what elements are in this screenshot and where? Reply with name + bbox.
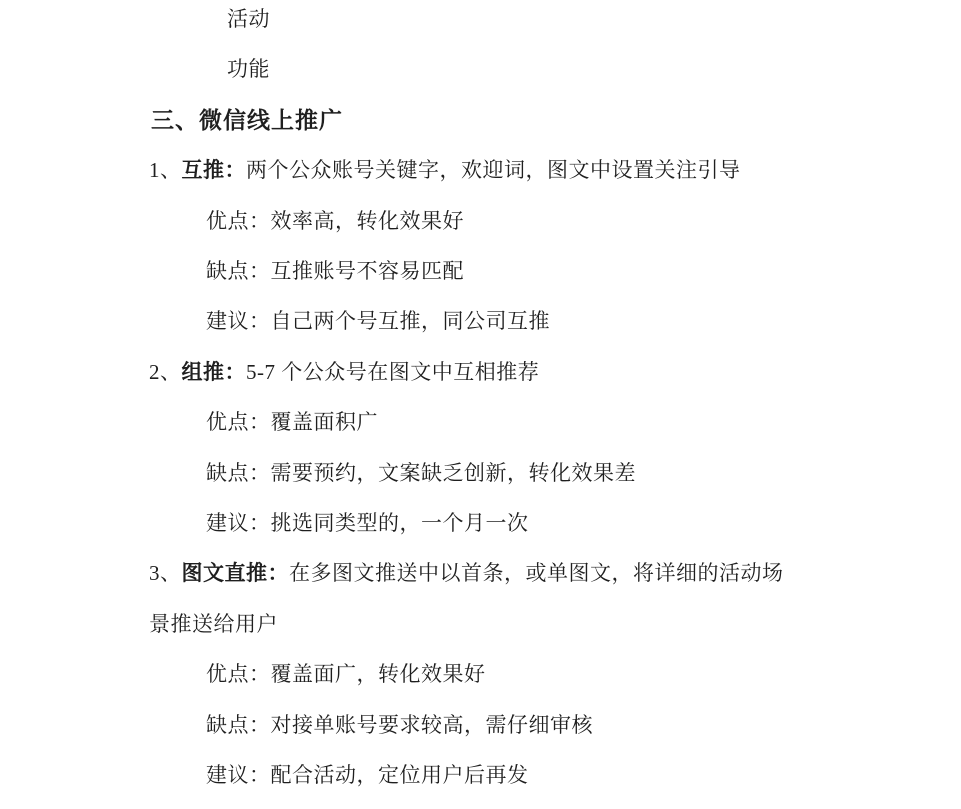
sub-point-line: 缺点：需要预约，文案缺乏创新，转化效果差 [206,448,636,499]
item-number: 1、 [149,158,182,182]
line-text: 景推送给用户 [149,612,278,636]
list-item-line: 1、互推：两个公众账号关键字，欢迎词，图文中设置关注引导 [149,145,741,196]
line-text: 缺点：互推账号不容易匹配 [206,259,464,283]
line-text: 建议：配合活动，定位用户后再发 [206,763,529,787]
line-text: 建议：自己两个号互推，同公司互推 [206,309,550,333]
line-text: 缺点：对接单账号要求较高，需仔细审核 [206,713,593,737]
sub-point-line: 缺点：互推账号不容易匹配 [206,246,464,297]
sub-point-line: 优点：覆盖面广，转化效果好 [206,649,486,700]
section-heading: 三、微信线上推广 [151,95,343,146]
item-text: 5-7 个公众号在图文中互相推荐 [246,360,539,384]
line-text: 功能 [227,57,270,81]
line-text: 活动 [227,7,270,31]
paragraph-line: 景推送给用户 [149,599,278,650]
item-number: 3、 [149,561,182,585]
line-text: 缺点：需要预约，文案缺乏创新，转化效果差 [206,461,636,485]
line-text: 建议：挑选同类型的，一个月一次 [206,511,529,535]
sub-point-line: 优点：覆盖面积广 [206,397,378,448]
line-text: 三、微信线上推广 [151,108,343,133]
item-number: 2、 [149,360,182,384]
sub-point-line: 建议：自己两个号互推，同公司互推 [206,296,550,347]
item-text: 在多图文推送中以首条，或单图文，将详细的活动场 [289,561,784,585]
item-text: 两个公众账号关键字，欢迎词，图文中设置关注引导 [246,158,741,182]
paragraph-line: 活动 [227,0,270,45]
item-term: 图文直推： [182,561,290,585]
document-page: 活动功能三、微信线上推广1、互推：两个公众账号关键字，欢迎词，图文中设置关注引导… [0,0,961,809]
line-text: 优点：效率高，转化效果好 [206,209,464,233]
line-text: 优点：覆盖面广，转化效果好 [206,662,486,686]
sub-point-line: 优点：效率高，转化效果好 [206,196,464,247]
sub-point-line: 建议：配合活动，定位用户后再发 [206,750,529,801]
sub-point-line: 缺点：对接单账号要求较高，需仔细审核 [206,700,593,751]
sub-point-line: 建议：挑选同类型的，一个月一次 [206,498,529,549]
line-text: 优点：覆盖面积广 [206,410,378,434]
item-term: 组推： [182,360,247,384]
paragraph-line: 功能 [227,44,270,95]
list-item-line: 3、图文直推：在多图文推送中以首条，或单图文，将详细的活动场 [149,548,784,599]
list-item-line: 2、组推：5-7 个公众号在图文中互相推荐 [149,347,539,398]
item-term: 互推： [182,158,247,182]
